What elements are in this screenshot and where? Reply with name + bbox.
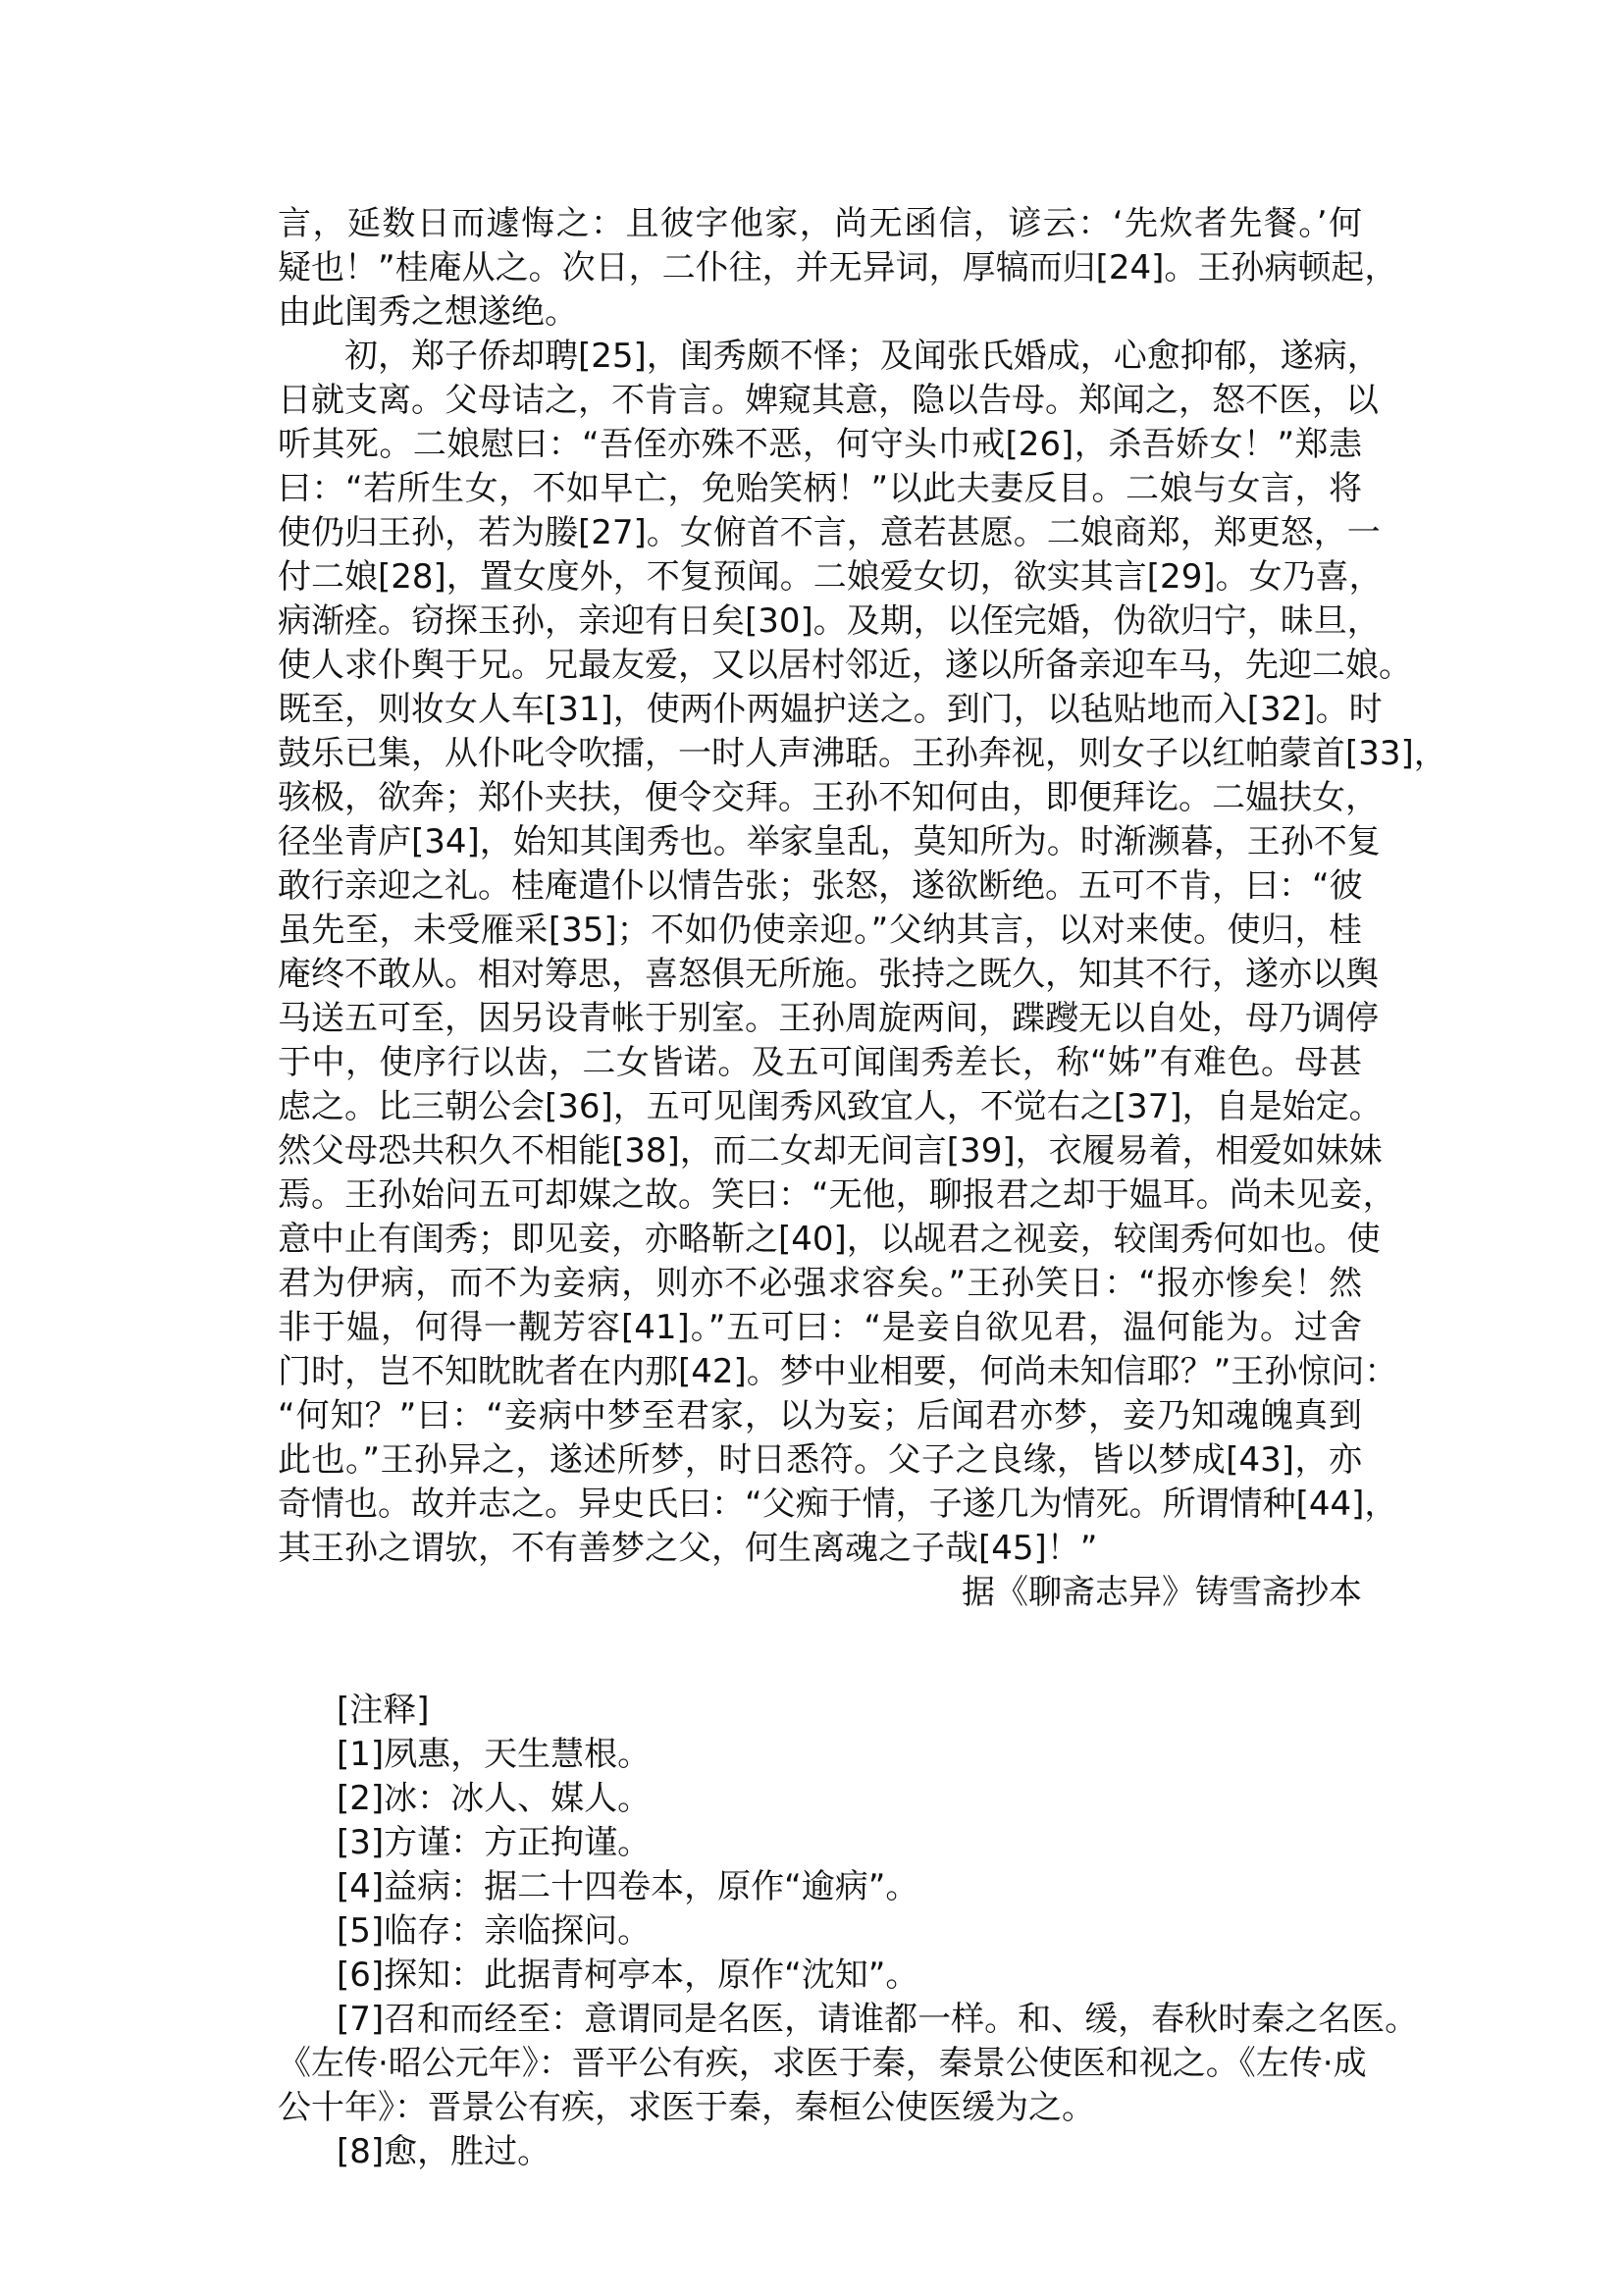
source-attribution: 据《聊斋志异》铸雪斋抄本 <box>278 1571 1362 1615</box>
annotation-item: [3]方谨：方正拘谨。 <box>278 1821 1362 1865</box>
text-line: 初，郑子侨却聘[25]，闺秀颇不怿；及闻张氏婚成，心愈抑郁，遂病， <box>278 335 1362 379</box>
text-line: 门时，岂不知眈眈者在内那[42]。梦中业相要，何尚未知信耶？”王孙惊问： <box>278 1350 1362 1394</box>
text-line: 曰：“若所生女，不如早亡，免贻笑柄！”以此夫妻反目。二娘与女言，将 <box>278 467 1362 511</box>
text-line: 其王孙之谓欤，不有善梦之父，何生离魂之子哉[45]！” <box>278 1527 1362 1571</box>
text-line: 言，延数日而遽悔之：且彼字他家，尚无函信，谚云：‘先炊者先餐。’何 <box>278 202 1362 246</box>
annotation-item: [6]探知：此据青柯亭本，原作“沈知”。 <box>278 1954 1362 1998</box>
text-line: 然父母恐共积久不相能[38]，而二女却无间言[39]，衣履易着，相爱如妹妹 <box>278 1129 1362 1173</box>
text-line: 径坐青庐[34]，始知其闺秀也。举家皇乱，莫知所为。时渐濒暮，王孙不复 <box>278 820 1362 864</box>
annotation-line: [1]夙惠，天生慧根。 <box>278 1733 1362 1777</box>
annotation-line: [6]探知：此据青柯亭本，原作“沈知”。 <box>278 1954 1362 1998</box>
text-line: 骇极，欲奔；郑仆夹扶，便令交拜。王孙不知何由，即便拜讫。二媪扶女， <box>278 776 1362 820</box>
text-line: 庵终不敢从。相对筹思，喜怒俱无所施。张持之既久，知其不行，遂亦以舆 <box>278 953 1362 997</box>
annotation-line: [4]益病：据二十四卷本，原作“逾病”。 <box>278 1865 1362 1909</box>
text-line: 听其死。二娘慰曰：“吾侄亦殊不恶，何守头巾戒[26]，杀吾娇女！”郑恚 <box>278 423 1362 467</box>
text-line: 鼓乐已集，从仆叱令吹擂，一时人声沸聒。王孙奔视，则女子以红帕蒙首[33]， <box>278 732 1362 776</box>
annotations-heading: [注释] <box>278 1689 1362 1733</box>
text-line: 敢行亲迎之礼。桂庵遣仆以情告张；张怒，遂欲断绝。五可不肯，曰：“彼 <box>278 864 1362 909</box>
document-page: 言，延数日而遽悔之：且彼字他家，尚无函信，谚云：‘先炊者先餐。’何疑也！”桂庵从… <box>278 202 1362 2174</box>
annotation-item: [8]愈，胜过。 <box>278 2130 1362 2174</box>
annotations-section: [注释] [1]夙惠，天生慧根。[2]冰：冰人、媒人。[3]方谨：方正拘谨。[4… <box>278 1689 1362 2174</box>
text-line: 虽先至，未受雁采[35]；不如仍使亲迎。”父纳其言，以对来使。使归，桂 <box>278 909 1362 953</box>
text-line: 非于媪，何得一觏芳容[41]。”五可曰：“是妾自欲见君，温何能为。过舍 <box>278 1306 1362 1350</box>
annotation-line: [3]方谨：方正拘谨。 <box>278 1821 1362 1865</box>
text-line: 付二娘[28]，置女度外，不复预闻。二娘爱女切，欲实其言[29]。女乃喜， <box>278 555 1362 600</box>
annotation-line: [7]召和而经至：意谓同是名医，请谁都一样。和、缓，春秋时秦之名医。 <box>278 1998 1362 2042</box>
text-line: 病渐痊。窃探玉孙，亲迎有日矣[30]。及期，以侄完婚，伪欲归宁，昧旦， <box>278 600 1362 644</box>
text-line: 日就支离。父母诘之，不肯言。婢窥其意，隐以告母。郑闻之，怒不医，以 <box>278 379 1362 423</box>
text-line: 使仍归王孙，若为媵[27]。女俯首不言，意若甚愿。二娘商郑，郑更怒，一 <box>278 511 1362 555</box>
text-line: 意中止有闺秀；即见妾，亦略靳之[40]，以觇君之视妾，较闺秀何如也。使 <box>278 1218 1362 1262</box>
annotation-item: [1]夙惠，天生慧根。 <box>278 1733 1362 1777</box>
annotation-line: [8]愈，胜过。 <box>278 2130 1362 2174</box>
text-line: 焉。王孙始问五可却媒之故。笑曰：“无他，聊报君之却于媪耳。尚未见妾， <box>278 1173 1362 1218</box>
annotation-item: [5]临存：亲临探问。 <box>278 1909 1362 1954</box>
text-line: 奇情也。故并志之。异史氏曰：“父痴于情，子遂几为情死。所谓情种[44]， <box>278 1483 1362 1527</box>
annotations-list: [1]夙惠，天生慧根。[2]冰：冰人、媒人。[3]方谨：方正拘谨。[4]益病：据… <box>278 1733 1362 2174</box>
text-line: “何知？”曰：“妾病中梦至君家，以为妄；后闻君亦梦，妾乃知魂魄真到 <box>278 1394 1362 1438</box>
text-line: 疑也！”桂庵从之。次日，二仆往，并无异词，厚犒而归[24]。王孙病顿起， <box>278 246 1362 290</box>
annotation-line: 公十年》：晋景公有疾，求医于秦，秦桓公使医缓为之。 <box>278 2086 1362 2130</box>
text-line: 使人求仆舆于兄。兄最友爱，又以居村邻近，遂以所备亲迎车马，先迎二娘。 <box>278 644 1362 688</box>
paragraph: 初，郑子侨却聘[25]，闺秀颇不怿；及闻张氏婚成，心愈抑郁，遂病，日就支离。父母… <box>278 335 1362 1571</box>
annotation-line: [5]临存：亲临探问。 <box>278 1909 1362 1954</box>
annotation-item: [7]召和而经至：意谓同是名医，请谁都一样。和、缓，春秋时秦之名医。《左传·昭公… <box>278 1998 1362 2130</box>
text-line: 此也。”王孙异之，遂述所梦，时日悉符。父子之良缘，皆以梦成[43]，亦 <box>278 1438 1362 1483</box>
annotation-line: [2]冰：冰人、媒人。 <box>278 1777 1362 1821</box>
paragraph: 言，延数日而遽悔之：且彼字他家，尚无函信，谚云：‘先炊者先餐。’何疑也！”桂庵从… <box>278 202 1362 335</box>
text-line: 既至，则妆女人车[31]，使两仆两媪护送之。到门，以毡贴地而入[32]。时 <box>278 688 1362 732</box>
text-line: 由此闺秀之想遂绝。 <box>278 290 1362 335</box>
text-line: 于中，使序行以齿，二女皆诺。及五可闻闺秀差长，称“姊”有难色。母甚 <box>278 1041 1362 1085</box>
text-line: 马送五可至，因另设青帐于别室。王孙周旋两间，蹀躞无以自处，母乃调停 <box>278 997 1362 1041</box>
annotation-line: 《左传·昭公元年》：晋平公有疾，求医于秦，秦景公使医和视之。《左传·成 <box>278 2042 1362 2086</box>
text-line: 虑之。比三朝公会[36]，五可见闺秀风致宜人，不觉右之[37]，自是始定。 <box>278 1085 1362 1129</box>
annotation-item: [4]益病：据二十四卷本，原作“逾病”。 <box>278 1865 1362 1909</box>
story-text: 言，延数日而遽悔之：且彼字他家，尚无函信，谚云：‘先炊者先餐。’何疑也！”桂庵从… <box>278 202 1362 1571</box>
annotation-item: [2]冰：冰人、媒人。 <box>278 1777 1362 1821</box>
text-line: 君为伊病，而不为妾病，则亦不必强求容矣。”王孙笑日：“报亦惨矣！然 <box>278 1262 1362 1306</box>
